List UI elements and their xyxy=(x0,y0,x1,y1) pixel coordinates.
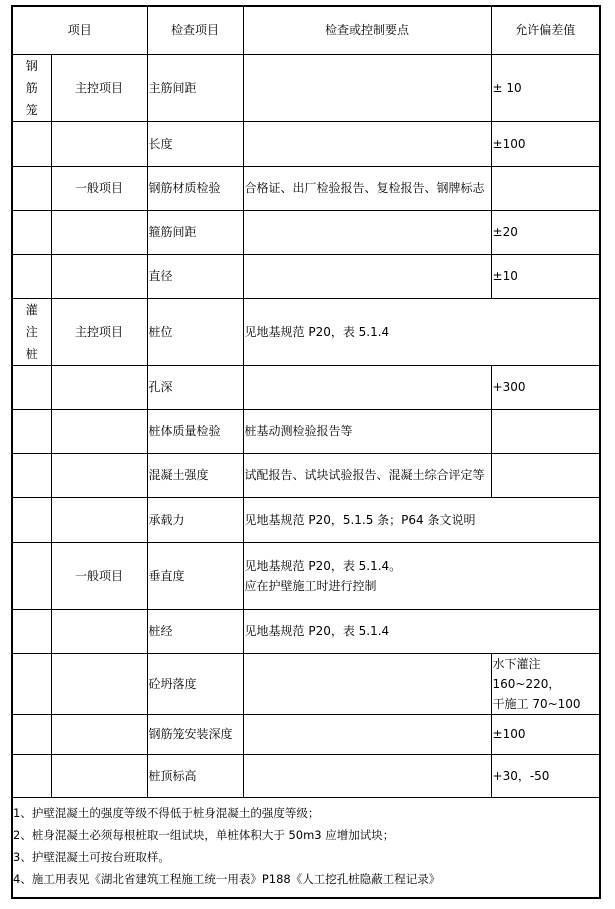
check-points-cell xyxy=(243,365,491,409)
category-cell xyxy=(51,653,147,714)
group-cell xyxy=(13,714,51,754)
category-cell xyxy=(51,497,147,542)
tolerance-cell: ±20 xyxy=(491,210,599,254)
tolerance-cell: ±100 xyxy=(491,121,599,166)
table-row: 钢 筋 笼 主控项目 主筋间距 ± 10 xyxy=(13,54,599,121)
note-item: 2、桩身混凝土必须每根桩取一组试块，单桩体积大于 50m3 应增加试块； xyxy=(13,824,599,846)
tolerance-line: 水下灌注 160~220， xyxy=(493,654,600,694)
check-points-cell: 见地基规范 P20，表 5.1.4 xyxy=(243,298,599,365)
header-item: 项目 xyxy=(13,7,147,54)
note-item: 1、护壁混凝土的强度等级不得低于桩身混凝土的强度等级； xyxy=(13,802,599,824)
table-row: 桩经 见地基规范 P20，表 5.1.4 xyxy=(13,609,599,653)
table-row: 直径 ±10 xyxy=(13,254,599,298)
category-cell xyxy=(51,714,147,754)
check-points-cell: 试配报告、试块试验报告、混凝土综合评定等 xyxy=(243,453,491,497)
header-check-points: 检查或控制要点 xyxy=(243,7,491,54)
group-char: 桩 xyxy=(13,343,51,365)
check-points-cell xyxy=(243,210,491,254)
check-item-cell: 垂直度 xyxy=(147,542,243,609)
category-cell xyxy=(51,210,147,254)
table-row: 灌 注 桩 主控项目 桩位 见地基规范 P20，表 5.1.4 xyxy=(13,298,599,365)
group-label-pile: 灌 注 桩 xyxy=(13,298,51,365)
table-row: 混凝土强度 试配报告、试块试验报告、混凝土综合评定等 xyxy=(13,453,599,497)
inspection-sheet: 项目 检查项目 检查或控制要点 允许偏差值 钢 筋 笼 主控项目 主筋间距 ± … xyxy=(11,5,601,899)
table-row: 孔深 +300 xyxy=(13,365,599,409)
check-points-cell xyxy=(243,121,491,166)
check-points-cell xyxy=(243,653,491,714)
category-main-control: 主控项目 xyxy=(51,298,147,365)
tolerance-cell: ±100 xyxy=(491,714,599,754)
check-points-cell: 见地基规范 P20，表 5.1.4 xyxy=(243,609,599,653)
check-item-cell: 混凝土强度 xyxy=(147,453,243,497)
group-cell xyxy=(13,653,51,714)
check-item-cell: 孔深 xyxy=(147,365,243,409)
check-item-cell: 桩体质量检验 xyxy=(147,409,243,453)
inspection-table: 项目 检查项目 检查或控制要点 允许偏差值 钢 筋 笼 主控项目 主筋间距 ± … xyxy=(13,7,599,798)
category-general: 一般项目 xyxy=(51,542,147,609)
group-char: 筋 xyxy=(13,77,51,99)
tolerance-cell xyxy=(491,453,599,497)
group-char: 笼 xyxy=(13,99,51,121)
group-cell xyxy=(13,453,51,497)
table-row: 桩体质量检验 桩基动测检验报告等 xyxy=(13,409,599,453)
check-points-line: 应在护壁施工时进行控制 xyxy=(245,576,600,596)
table-row: 砼坍落度 水下灌注 160~220， 干施工 70~100 xyxy=(13,653,599,714)
group-cell xyxy=(13,542,51,609)
tolerance-cell: ±10 xyxy=(491,254,599,298)
group-char: 注 xyxy=(13,321,51,343)
check-points-cell xyxy=(243,54,491,121)
tolerance-cell xyxy=(491,409,599,453)
check-points-cell: 合格证、出厂检验报告、复检报告、钢牌标志 xyxy=(243,166,491,210)
tolerance-cell: 水下灌注 160~220， 干施工 70~100 xyxy=(491,653,599,714)
category-general: 一般项目 xyxy=(51,166,147,210)
check-item-cell: 砼坍落度 xyxy=(147,653,243,714)
group-char: 灌 xyxy=(13,299,51,321)
table-row: 长度 ±100 xyxy=(13,121,599,166)
check-item-cell: 桩经 xyxy=(147,609,243,653)
category-cell xyxy=(51,365,147,409)
group-cell xyxy=(13,121,51,166)
group-cell xyxy=(13,210,51,254)
table-row: 钢筋笼安装深度 ±100 xyxy=(13,714,599,754)
header-check-item: 检查项目 xyxy=(147,7,243,54)
check-item-cell: 钢筋材质检验 xyxy=(147,166,243,210)
group-cell xyxy=(13,254,51,298)
check-points-cell: 见地基规范 P20，表 5.1.4。 应在护壁施工时进行控制 xyxy=(243,542,599,609)
check-points-cell: 桩基动测检验报告等 xyxy=(243,409,491,453)
tolerance-cell: ± 10 xyxy=(491,54,599,121)
check-item-cell: 直径 xyxy=(147,254,243,298)
table-header-row: 项目 检查项目 检查或控制要点 允许偏差值 xyxy=(13,7,599,54)
check-points-cell: 见地基规范 P20，5.1.5 条；P64 条文说明 xyxy=(243,497,599,542)
group-label-cage: 钢 筋 笼 xyxy=(13,54,51,121)
note-item: 3、护壁混凝土可按台班取样。 xyxy=(13,846,599,868)
check-points-line: 见地基规范 P20，表 5.1.4。 xyxy=(245,556,600,576)
tolerance-cell xyxy=(491,166,599,210)
check-points-cell xyxy=(243,254,491,298)
table-row: 一般项目 钢筋材质检验 合格证、出厂检验报告、复检报告、钢牌标志 xyxy=(13,166,599,210)
group-cell xyxy=(13,497,51,542)
category-cell xyxy=(51,121,147,166)
note-item: 4、施工用表见《湖北省建筑工程施工统一用表》P188《人工挖孔桩隐蔽工程记录》 xyxy=(13,868,599,890)
category-cell xyxy=(51,254,147,298)
check-item-cell: 钢筋笼安装深度 xyxy=(147,714,243,754)
notes-section: 1、护壁混凝土的强度等级不得低于桩身混凝土的强度等级； 2、桩身混凝土必须每根桩… xyxy=(13,785,599,890)
group-char: 钢 xyxy=(13,55,51,77)
table-row: 承载力 见地基规范 P20，5.1.5 条；P64 条文说明 xyxy=(13,497,599,542)
tolerance-line: 干施工 70~100 xyxy=(493,694,600,714)
check-item-cell: 箍筋间距 xyxy=(147,210,243,254)
category-cell xyxy=(51,453,147,497)
category-cell xyxy=(51,609,147,653)
tolerance-cell: +300 xyxy=(491,365,599,409)
group-cell xyxy=(13,409,51,453)
table-row: 箍筋间距 ±20 xyxy=(13,210,599,254)
category-main-control: 主控项目 xyxy=(51,54,147,121)
check-item-cell: 承载力 xyxy=(147,497,243,542)
header-tolerance: 允许偏差值 xyxy=(491,7,599,54)
table-row: 一般项目 垂直度 见地基规范 P20，表 5.1.4。 应在护壁施工时进行控制 xyxy=(13,542,599,609)
group-cell xyxy=(13,609,51,653)
check-item-cell: 长度 xyxy=(147,121,243,166)
check-item-cell: 主筋间距 xyxy=(147,54,243,121)
category-cell xyxy=(51,409,147,453)
group-cell xyxy=(13,365,51,409)
check-item-cell: 桩位 xyxy=(147,298,243,365)
check-points-cell xyxy=(243,714,491,754)
group-cell xyxy=(13,166,51,210)
